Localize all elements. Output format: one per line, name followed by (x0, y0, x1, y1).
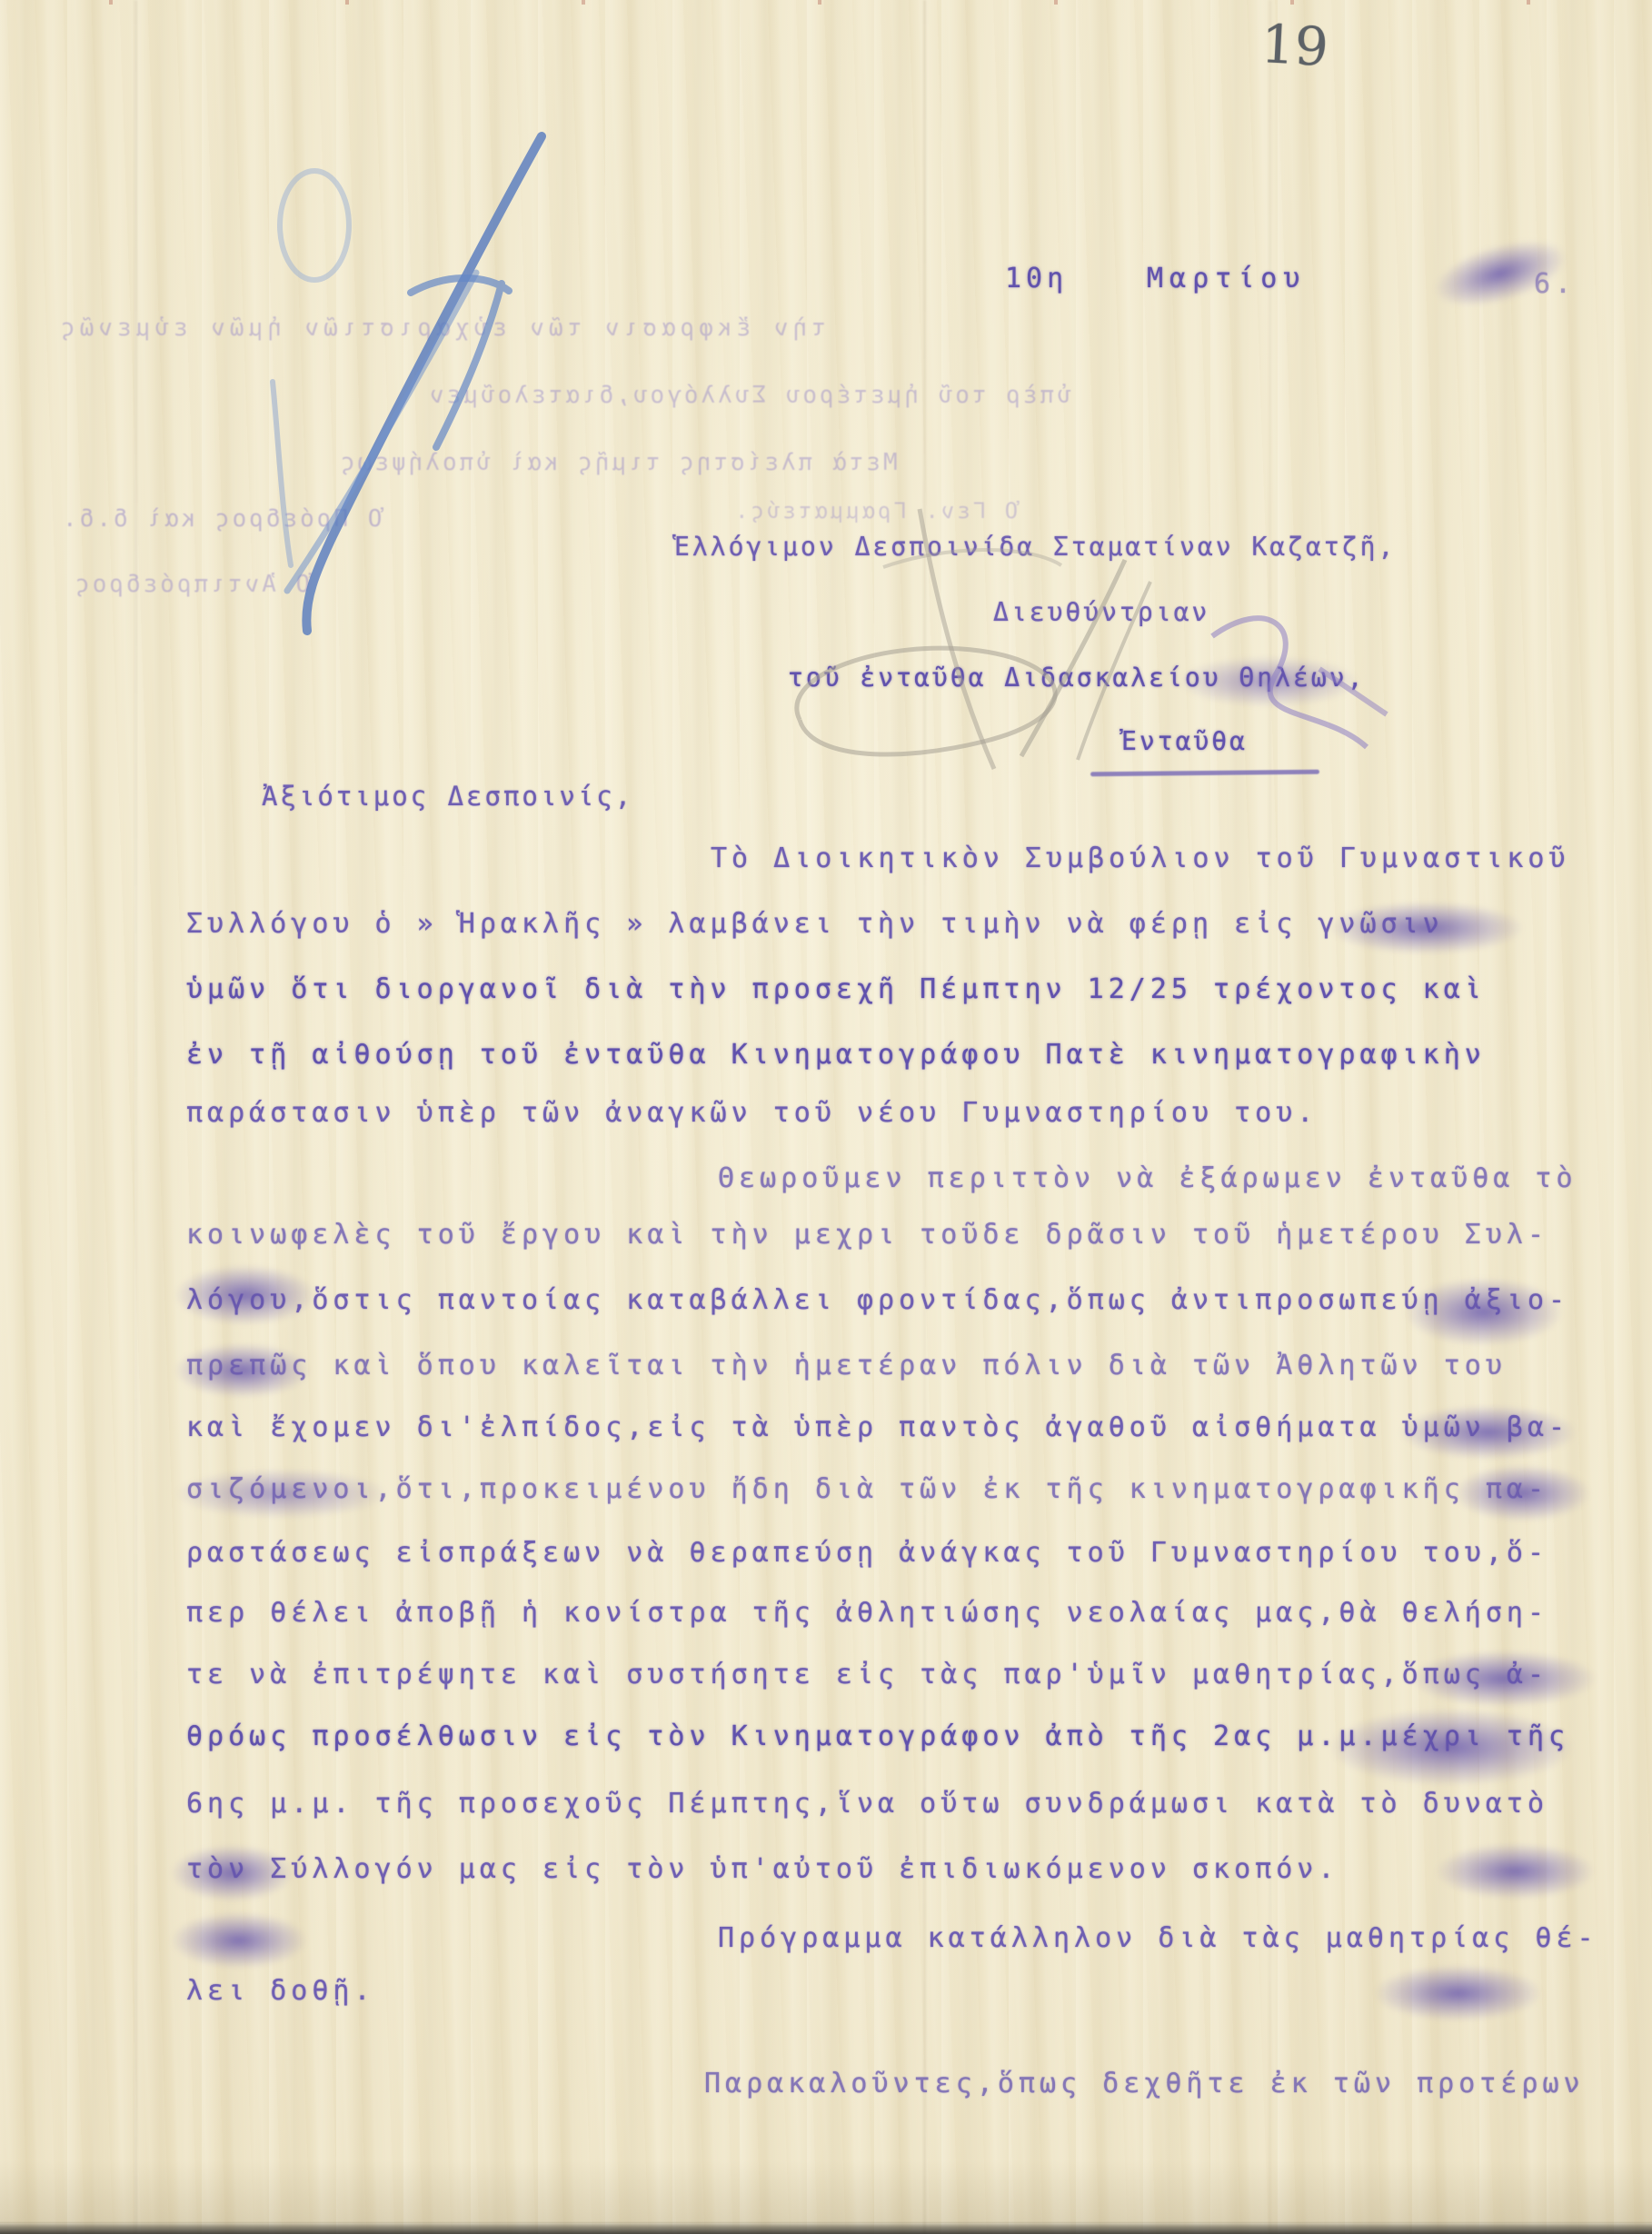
body-line: ραστάσεως εἰσπράξεων νὰ θεραπεύσῃ ἀνάγκα… (186, 1540, 1548, 1567)
ink-smudge (1436, 1843, 1595, 1900)
recipient-name: Ἑλλόγιμον Δεσποινίδα Σταματίναν Καζατζῆ, (674, 534, 1396, 560)
blue-stroke (273, 382, 291, 565)
bleedthrough-secretary: Ὁ Γεν. Γραμματεύς. (732, 500, 1018, 522)
scanned-letter-page: 19 10η Μαρτίου 6. τὴν ἔκφρασιν τῶν εὐχαρ… (0, 0, 1652, 2234)
body-line: Συλλόγου ὁ » Ἡρακλῆς » λαμβάνει τὴν τιμὴ… (186, 911, 1444, 938)
paper-top-edge (0, 0, 1652, 5)
blue-letter-o (280, 171, 349, 280)
body-line: παράστασιν ὑπὲρ τῶν ἀναγκῶν τοῦ νέου Γυμ… (186, 1100, 1318, 1127)
body-line: τε νὰ ἐπιτρέψητε καὶ συστήσητε εἰς τὰς π… (186, 1661, 1548, 1689)
body-line: 6ης μ.μ. τῆς προσεχοῦς Πέμπτης,ἵνα οὕτω … (186, 1790, 1548, 1818)
page-number: 19 (1259, 13, 1329, 78)
pencil-stroke (1021, 560, 1125, 756)
recipient-city: Ἐνταῦθα (1121, 729, 1248, 754)
bleedthrough-president: Ὁ Πρόεδρος καὶ δ.δ. (60, 507, 382, 531)
paper-bottom-edge (0, 2221, 1652, 2234)
body-line: Τὸ Διοικητικὸν Συμβούλιον τοῦ Γυμναστικο… (711, 845, 1570, 873)
bleedthrough-vice-president: Ὁ Ἀντιπρόεδρος (73, 573, 310, 596)
date-month: Μαρτίου (1147, 265, 1306, 293)
body-line: ὑμῶν ὅτι διοργανοῖ διὰ τὴν προσεχῆ Πέμπτ… (186, 976, 1486, 1003)
body-line: σιζόμενοι,ὅτι,προκειμένου ἤδη διὰ τῶν ἐκ… (186, 1476, 1548, 1503)
ink-smudge (171, 1912, 307, 1969)
bleedthrough-line: Μετὰ πλείστης τιμῆς καὶ ὑπολήψεως (338, 451, 898, 474)
body-line: θρόως προσέλθωσιν εἰς τὸν Κινηματογράφον… (186, 1723, 1569, 1750)
body-line: περ θέλει ἀποβῇ ἡ κονίστρα τῆς ἀθλητιώση… (186, 1600, 1548, 1627)
body-line: Θεωροῦμεν περιττὸν νὰ ἐξάρωμεν ἐνταῦθα τ… (718, 1165, 1577, 1192)
body-line: λει δοθῇ. (186, 1978, 375, 2005)
blue-digit-7 (411, 278, 509, 447)
body-line: Παρακαλοῦντες,ὅπως δεχθῆτε ἐκ τῶν προτέρ… (704, 2070, 1585, 2098)
body-line: λόγου,ὅστις παντοίας καταβάλλει φροντίδα… (186, 1287, 1569, 1314)
underline-mark (1090, 770, 1319, 777)
salutation: Ἀξιότιμος Δεσποινίς, (262, 783, 633, 810)
body-line: ἐν τῇ αἰθούσῃ τοῦ ἐνταῦθα Κινηματογράφου… (186, 1042, 1486, 1069)
body-line: καὶ ἔχομεν δι'ἐλπίδος,εἰς τὰ ὑπὲρ παντὸς… (186, 1414, 1569, 1441)
recipient-title: Διευθύντριαν (993, 600, 1209, 625)
paper-bottom-shading (0, 2159, 1652, 2223)
body-line: Πρόγραμμα κατάλληλον διὰ τὰς μαθητρίας θ… (718, 1925, 1598, 1952)
bleedthrough-line: τὴν ἔκφρασιν τῶν εὐχαριστιῶν ἡμῶν εὐμενῶ… (56, 316, 826, 340)
bleedthrough-line: ὑπὲρ τοῦ ἡμετέρου Συλλόγου,διατελοῦμεν (427, 384, 1071, 407)
date-year-fragment: 6. (1534, 271, 1576, 298)
body-line: πρεπῶς καὶ ὅπου καλεῖται τὴν ἡμετέραν πό… (186, 1352, 1507, 1380)
ink-smudge (1374, 1965, 1542, 2021)
date-day: 10η (1005, 265, 1068, 293)
recipient-institution: τοῦ ἐνταῦθα Διδασκαλείου Θηλέων, (788, 665, 1365, 691)
body-line: κοινωφελὲς τοῦ ἔργου καὶ τὴν μεχρι τοῦδε… (186, 1222, 1548, 1249)
body-line: τὸν Σύλλογόν μας εἰς τὸν ὑπ'αὐτοῦ ἐπιδιω… (186, 1856, 1339, 1883)
